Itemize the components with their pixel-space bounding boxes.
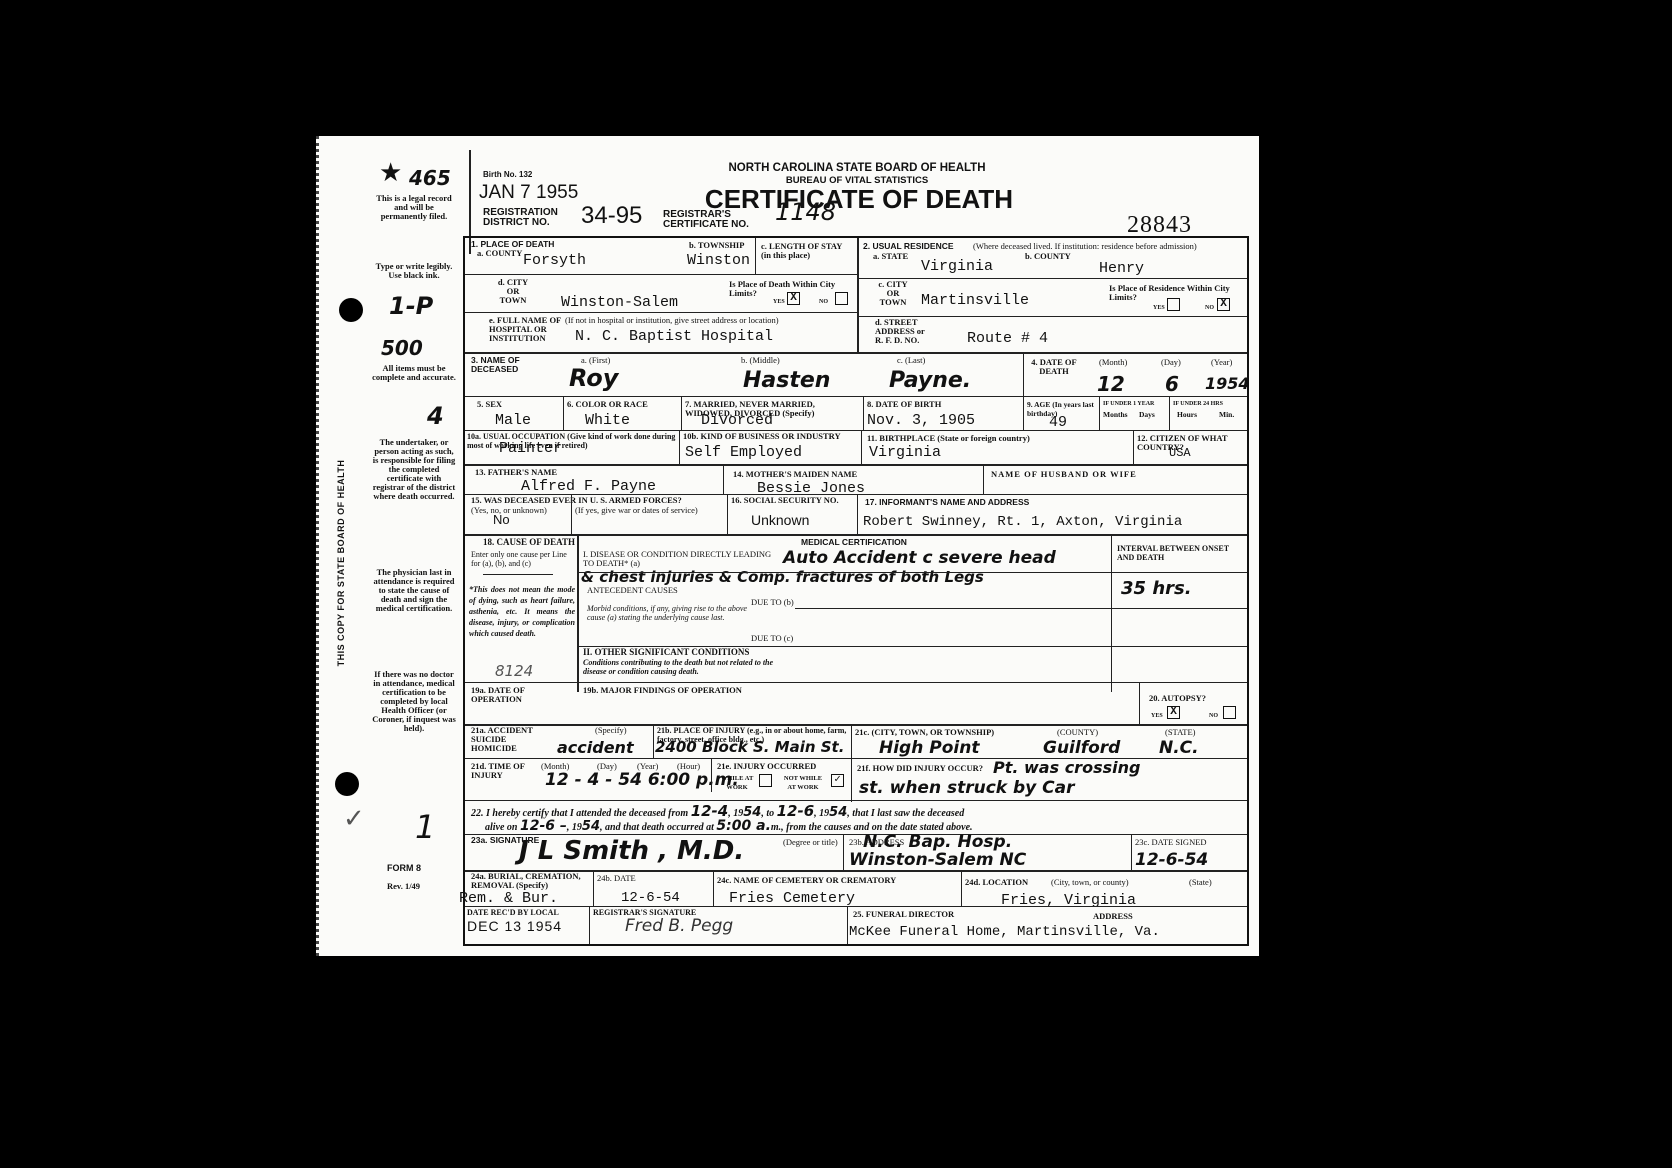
injury-not-at-work-checkbox[interactable]: ✓ (831, 774, 844, 787)
filed-date-stamp: JAN 7 1955 (479, 182, 578, 204)
last-seen-alive-field[interactable]: 12-6 – (520, 818, 567, 834)
margin-code: 8124 (495, 662, 533, 680)
age-field[interactable]: 49 (1049, 414, 1067, 431)
burial-date-field[interactable]: 12-6-54 (621, 890, 680, 906)
business-field[interactable]: Self Employed (685, 444, 802, 461)
vertical-copy-label: THIS COPY FOR STATE BOARD OF HEALTH (333, 446, 347, 686)
punch-hole (335, 772, 359, 796)
mark-1: 1 (415, 808, 435, 846)
ssn-field[interactable]: Unknown (751, 512, 809, 528)
residence-county-field[interactable]: Henry (1099, 260, 1144, 277)
informant-field[interactable]: Robert Swinney, Rt. 1, Axton, Virginia (863, 514, 1182, 530)
residence-within-limits-no-checkbox[interactable]: X (1217, 298, 1230, 311)
race-field[interactable]: White (585, 412, 630, 429)
physician-address-continued-field[interactable]: Winston-Salem NC (849, 850, 1026, 870)
occupation-field[interactable]: Painter (499, 440, 562, 457)
death-month-field[interactable]: 12 (1097, 372, 1125, 396)
hospital-field[interactable]: N. C. Baptist Hospital (575, 328, 773, 345)
date-of-birth-field[interactable]: Nov. 3, 1905 (867, 412, 975, 429)
first-name-field[interactable]: Roy (569, 364, 618, 392)
physician-address-field[interactable]: N.C. Bap. Hosp. (863, 832, 1012, 852)
sex-field[interactable]: Male (495, 412, 531, 429)
injury-city-field[interactable]: High Point (879, 738, 979, 758)
form-number: FORM 8 (387, 864, 421, 873)
residence-street-field[interactable]: Route # 4 (967, 330, 1048, 347)
agency-name: NORTH CAROLINA STATE BOARD OF HEALTH (697, 162, 1017, 174)
citizenship-field[interactable]: USA (1169, 446, 1191, 460)
state-file-number: 28843 (1127, 212, 1192, 239)
mark-500: 500 (381, 336, 423, 360)
certificate-paper: ★ 465 This is a legal record and will be… (316, 136, 1259, 956)
date-signed-field[interactable]: 12-6-54 (1135, 850, 1208, 870)
top-mark: 465 (409, 166, 451, 190)
length-of-stay-label: c. LENGTH OF STAY (in this place) (761, 242, 853, 260)
type-note: Type or write legibly. Use black ink. (371, 262, 457, 280)
residence-state-field[interactable]: Virginia (921, 258, 993, 275)
checkmark-icon: ✓ (343, 804, 365, 834)
injury-at-work-checkbox[interactable] (759, 774, 772, 787)
injury-time-field[interactable]: 12 - 4 - 54 6:00 p.m. (545, 770, 739, 790)
legal-note: This is a legal record and will be perma… (371, 194, 457, 221)
father-name-field[interactable]: Alfred F. Payne (521, 478, 656, 495)
medical-certification-title: MEDICAL CERTIFICATION (801, 538, 907, 547)
mark-4: 4 (427, 402, 444, 430)
injury-how-continued-field[interactable]: st. when struck by Car (859, 778, 1075, 798)
injury-place-field[interactable]: 2400 Block S. Main St. (655, 738, 844, 756)
middle-name-field[interactable]: Hasten (743, 368, 830, 393)
marital-status-field[interactable]: Divorced (701, 412, 773, 429)
funeral-director-field[interactable]: McKee Funeral Home, Martinsville, Va. (849, 924, 1160, 940)
death-township-field[interactable]: Winston (687, 252, 750, 269)
received-date-stamp: DEC 13 1954 (467, 918, 562, 934)
death-city-field[interactable]: Winston-Salem (561, 294, 678, 311)
registrar-signature[interactable]: Fred B. Pegg (625, 916, 733, 936)
burial-type-field[interactable]: Rem. & Bur. (459, 890, 558, 907)
injury-how-field[interactable]: Pt. was crossing (993, 758, 1140, 777)
certificate-form: 1. PLACE OF DEATH a. COUNTY Forsyth b. T… (463, 236, 1249, 946)
death-year-field[interactable]: 1954 (1205, 374, 1250, 393)
birthplace-field[interactable]: Virginia (869, 444, 941, 461)
mark-1p: 1-P (389, 292, 433, 320)
cause-a-field[interactable]: Auto Accident c severe head (783, 548, 1056, 568)
no-doctor-note: If there was no doctor in attendance, me… (371, 670, 457, 733)
last-name-field[interactable]: Payne. (889, 368, 971, 393)
page-title: CERTIFICATE OF DEATH (679, 184, 1039, 215)
death-time-field[interactable]: 5:00 a. (716, 818, 770, 834)
registration-district-label: REGISTRATIONDISTRICT NO. (483, 208, 558, 228)
injury-type-field[interactable]: accident (557, 738, 634, 757)
injury-state-field[interactable]: N.C. (1159, 738, 1199, 758)
death-within-limits-no-checkbox[interactable] (835, 292, 848, 305)
residence-within-limits-yes-checkbox[interactable] (1167, 298, 1180, 311)
interval-field[interactable]: 35 hrs. (1121, 578, 1192, 599)
physician-signature[interactable]: J L Smith , M.D. (519, 836, 744, 866)
star-mark-icon: ★ (379, 158, 402, 188)
injury-county-field[interactable]: Guilford (1043, 738, 1120, 758)
complete-note: All items must be complete and accurate. (371, 364, 457, 382)
cause-a-continued-field[interactable]: & chest injuries & Comp. fractures of bo… (581, 568, 984, 586)
form-revision: Rev. 1/49 (387, 882, 420, 891)
deceased-name-label: 3. NAME OF DECEASED (471, 356, 541, 374)
autopsy-no-checkbox[interactable] (1223, 706, 1236, 719)
birth-number: Birth No. 132 (483, 170, 532, 179)
physician-note: The physician last in attendance is requ… (371, 568, 457, 613)
cause-note: *This does not mean the mode of dying, s… (469, 584, 575, 639)
undertaker-note: The undertaker, or person acting as such… (371, 438, 457, 501)
usual-residence-label: 2. USUAL RESIDENCE (863, 242, 954, 251)
death-day-field[interactable]: 6 (1165, 372, 1179, 396)
punch-hole (339, 298, 363, 322)
residence-city-field[interactable]: Martinsville (921, 292, 1029, 309)
cemetery-field[interactable]: Fries Cemetery (729, 890, 855, 907)
death-county-field[interactable]: Forsyth (523, 252, 586, 269)
registration-district-number: 34-95 (581, 202, 642, 230)
autopsy-yes-checkbox[interactable]: X (1167, 706, 1180, 719)
armed-forces-field[interactable]: No (493, 512, 510, 527)
death-within-limits-yes-checkbox[interactable]: X (787, 292, 800, 305)
